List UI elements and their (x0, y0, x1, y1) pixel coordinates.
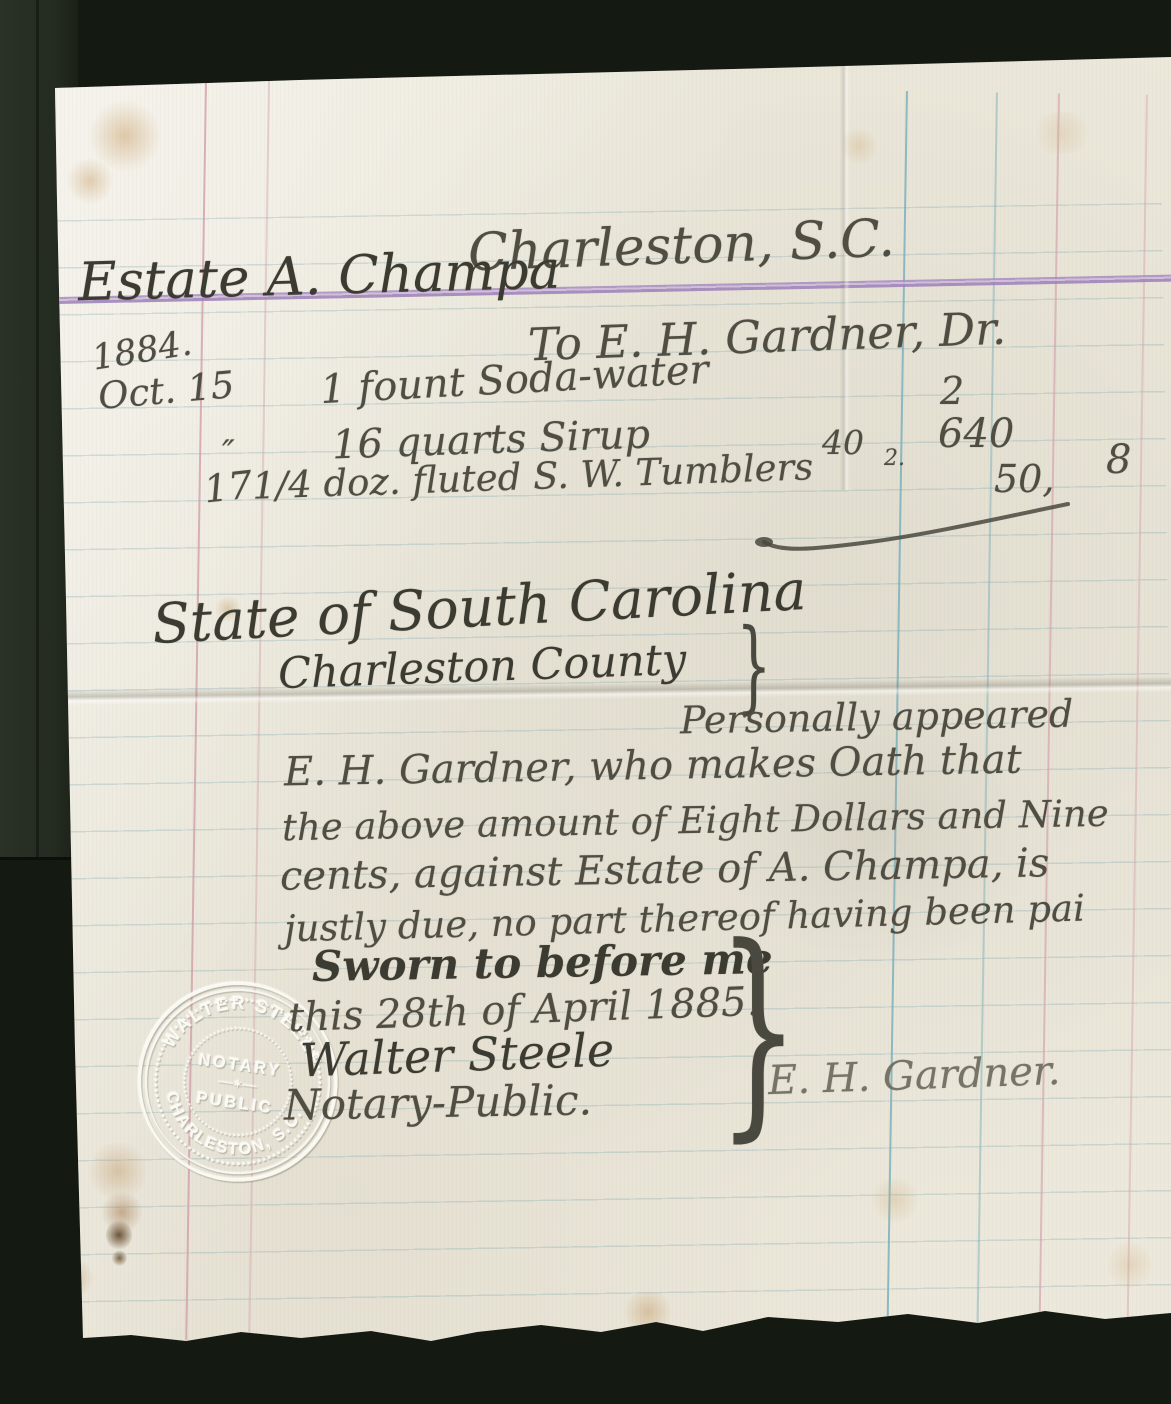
affidavit-line: Personally appeared (680, 695, 1074, 740)
stain (838, 128, 880, 164)
seal-star-divider: ──✶── (217, 1076, 258, 1093)
stain (66, 158, 114, 204)
item-date: Oct. 15 (97, 366, 236, 415)
seal-public-word: PUBLIC (195, 1089, 274, 1118)
notary-title: Notary-Public. (284, 1079, 593, 1126)
pink-column-rule-2 (1126, 95, 1147, 1355)
estate-title: Estate A. Champa (77, 244, 561, 310)
seal-notary-word: NOTARY (198, 1051, 284, 1080)
ink-spot (106, 1220, 132, 1250)
stain (868, 1178, 922, 1222)
ink-spot (112, 1250, 127, 1266)
deponent-signature: E. H. Gardner. (767, 1051, 1061, 1101)
stain (52, 1258, 94, 1298)
stain (620, 1292, 676, 1332)
photo-of-document: { "document": { "place_line": "Charlesto… (0, 0, 1171, 1404)
backdrop-seam (36, 0, 39, 857)
ledger-paper-sheet: WALTER STEELE CHARLESTON, S.C. NOTARY ──… (0, 0, 1171, 1404)
sworn-brace: } (717, 917, 799, 1143)
stain (1108, 1238, 1152, 1292)
item-amount: 640 (938, 414, 1014, 454)
item-amount: 8 9 (1106, 440, 1171, 480)
item-superscript-note: 2. (884, 448, 905, 470)
item-amount: 2 (940, 372, 964, 410)
item-date: 17 (202, 466, 254, 509)
item-rate: 40 (822, 426, 864, 459)
ink-flourish (750, 490, 1080, 560)
stain (1030, 112, 1094, 154)
